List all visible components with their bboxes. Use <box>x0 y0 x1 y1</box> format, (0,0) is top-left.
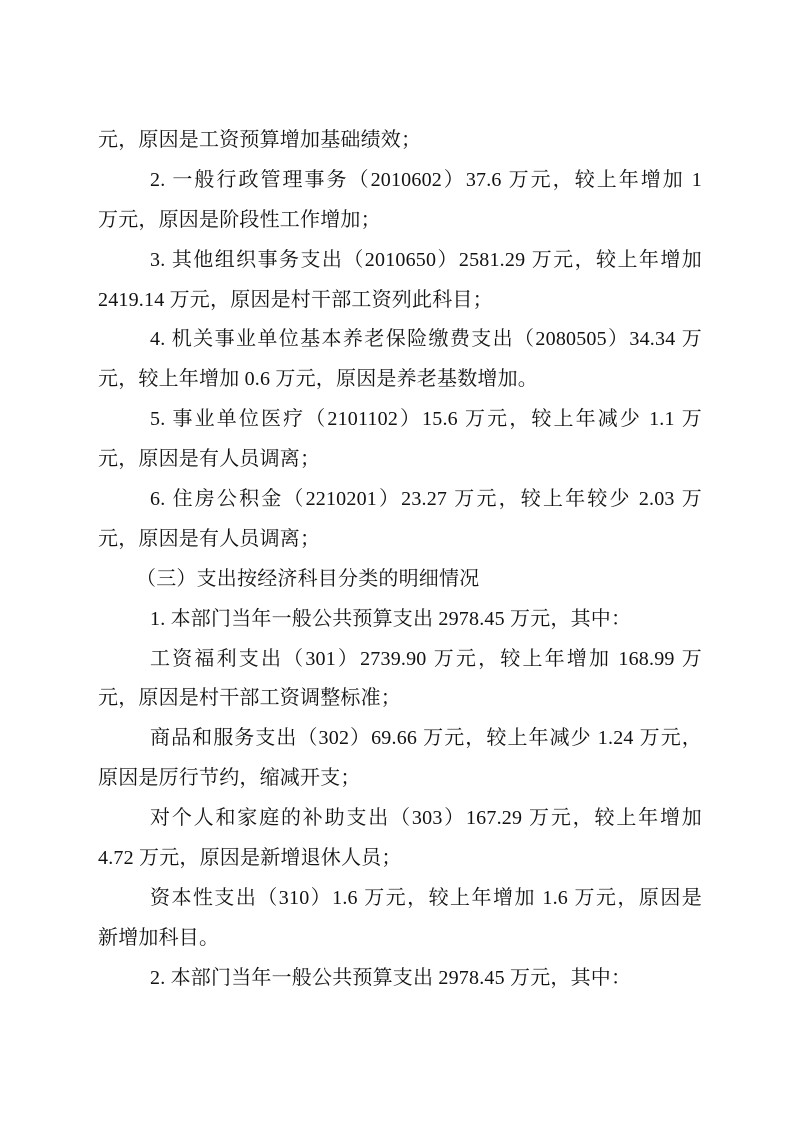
text-line: 对个人和家庭的补助支出（303）167.29 万元，较上年增加 <box>98 799 702 839</box>
text-line: 3. 其他组织事务支出（2010650）2581.29 万元，较上年增加 <box>98 241 702 281</box>
text-line: 元，较上年增加 0.6 万元，原因是养老基数增加。 <box>98 360 702 400</box>
text-line: 6. 住房公积金（2210201）23.27 万元，较上年较少 2.03 万 <box>98 480 702 520</box>
text-line: 1. 本部门当年一般公共预算支出 2978.45 万元，其中： <box>98 600 702 640</box>
text-line: 工资福利支出（301）2739.90 万元，较上年增加 168.99 万 <box>98 640 702 680</box>
text-line: 5. 事业单位医疗（2101102）15.6 万元，较上年减少 1.1 万 <box>98 400 702 440</box>
text-line: 商品和服务支出（302）69.66 万元，较上年减少 1.24 万元， <box>98 719 702 759</box>
text-line: 2. 一般行政管理事务（2010602）37.6 万元，较上年增加 1 <box>98 161 702 201</box>
text-line: 元，原因是村干部工资调整标准； <box>98 679 702 719</box>
text-line: 4. 机关事业单位基本养老保险缴费支出（2080505）34.34 万 <box>98 320 702 360</box>
text-line: 元，原因是有人员调离； <box>98 440 702 480</box>
text-line: 2419.14 万元，原因是村干部工资列此科目； <box>98 281 702 321</box>
text-line: （三）支出按经济科目分类的明细情况 <box>98 560 702 600</box>
text-line: 元，原因是工资预算增加基础绩效； <box>98 121 702 161</box>
text-line: 资本性支出（310）1.6 万元，较上年增加 1.6 万元，原因是 <box>98 879 702 919</box>
document-body: 元，原因是工资预算增加基础绩效；2. 一般行政管理事务（2010602）37.6… <box>98 121 702 999</box>
text-line: 新增加科目。 <box>98 919 702 959</box>
text-line: 4.72 万元，原因是新增退休人员； <box>98 839 702 879</box>
document-page: 元，原因是工资预算增加基础绩效；2. 一般行政管理事务（2010602）37.6… <box>0 0 793 1122</box>
text-line: 原因是厉行节约，缩减开支； <box>98 759 702 799</box>
text-line: 元，原因是有人员调离； <box>98 520 702 560</box>
text-line: 2. 本部门当年一般公共预算支出 2978.45 万元，其中： <box>98 959 702 999</box>
text-line: 万元，原因是阶段性工作增加； <box>98 201 702 241</box>
